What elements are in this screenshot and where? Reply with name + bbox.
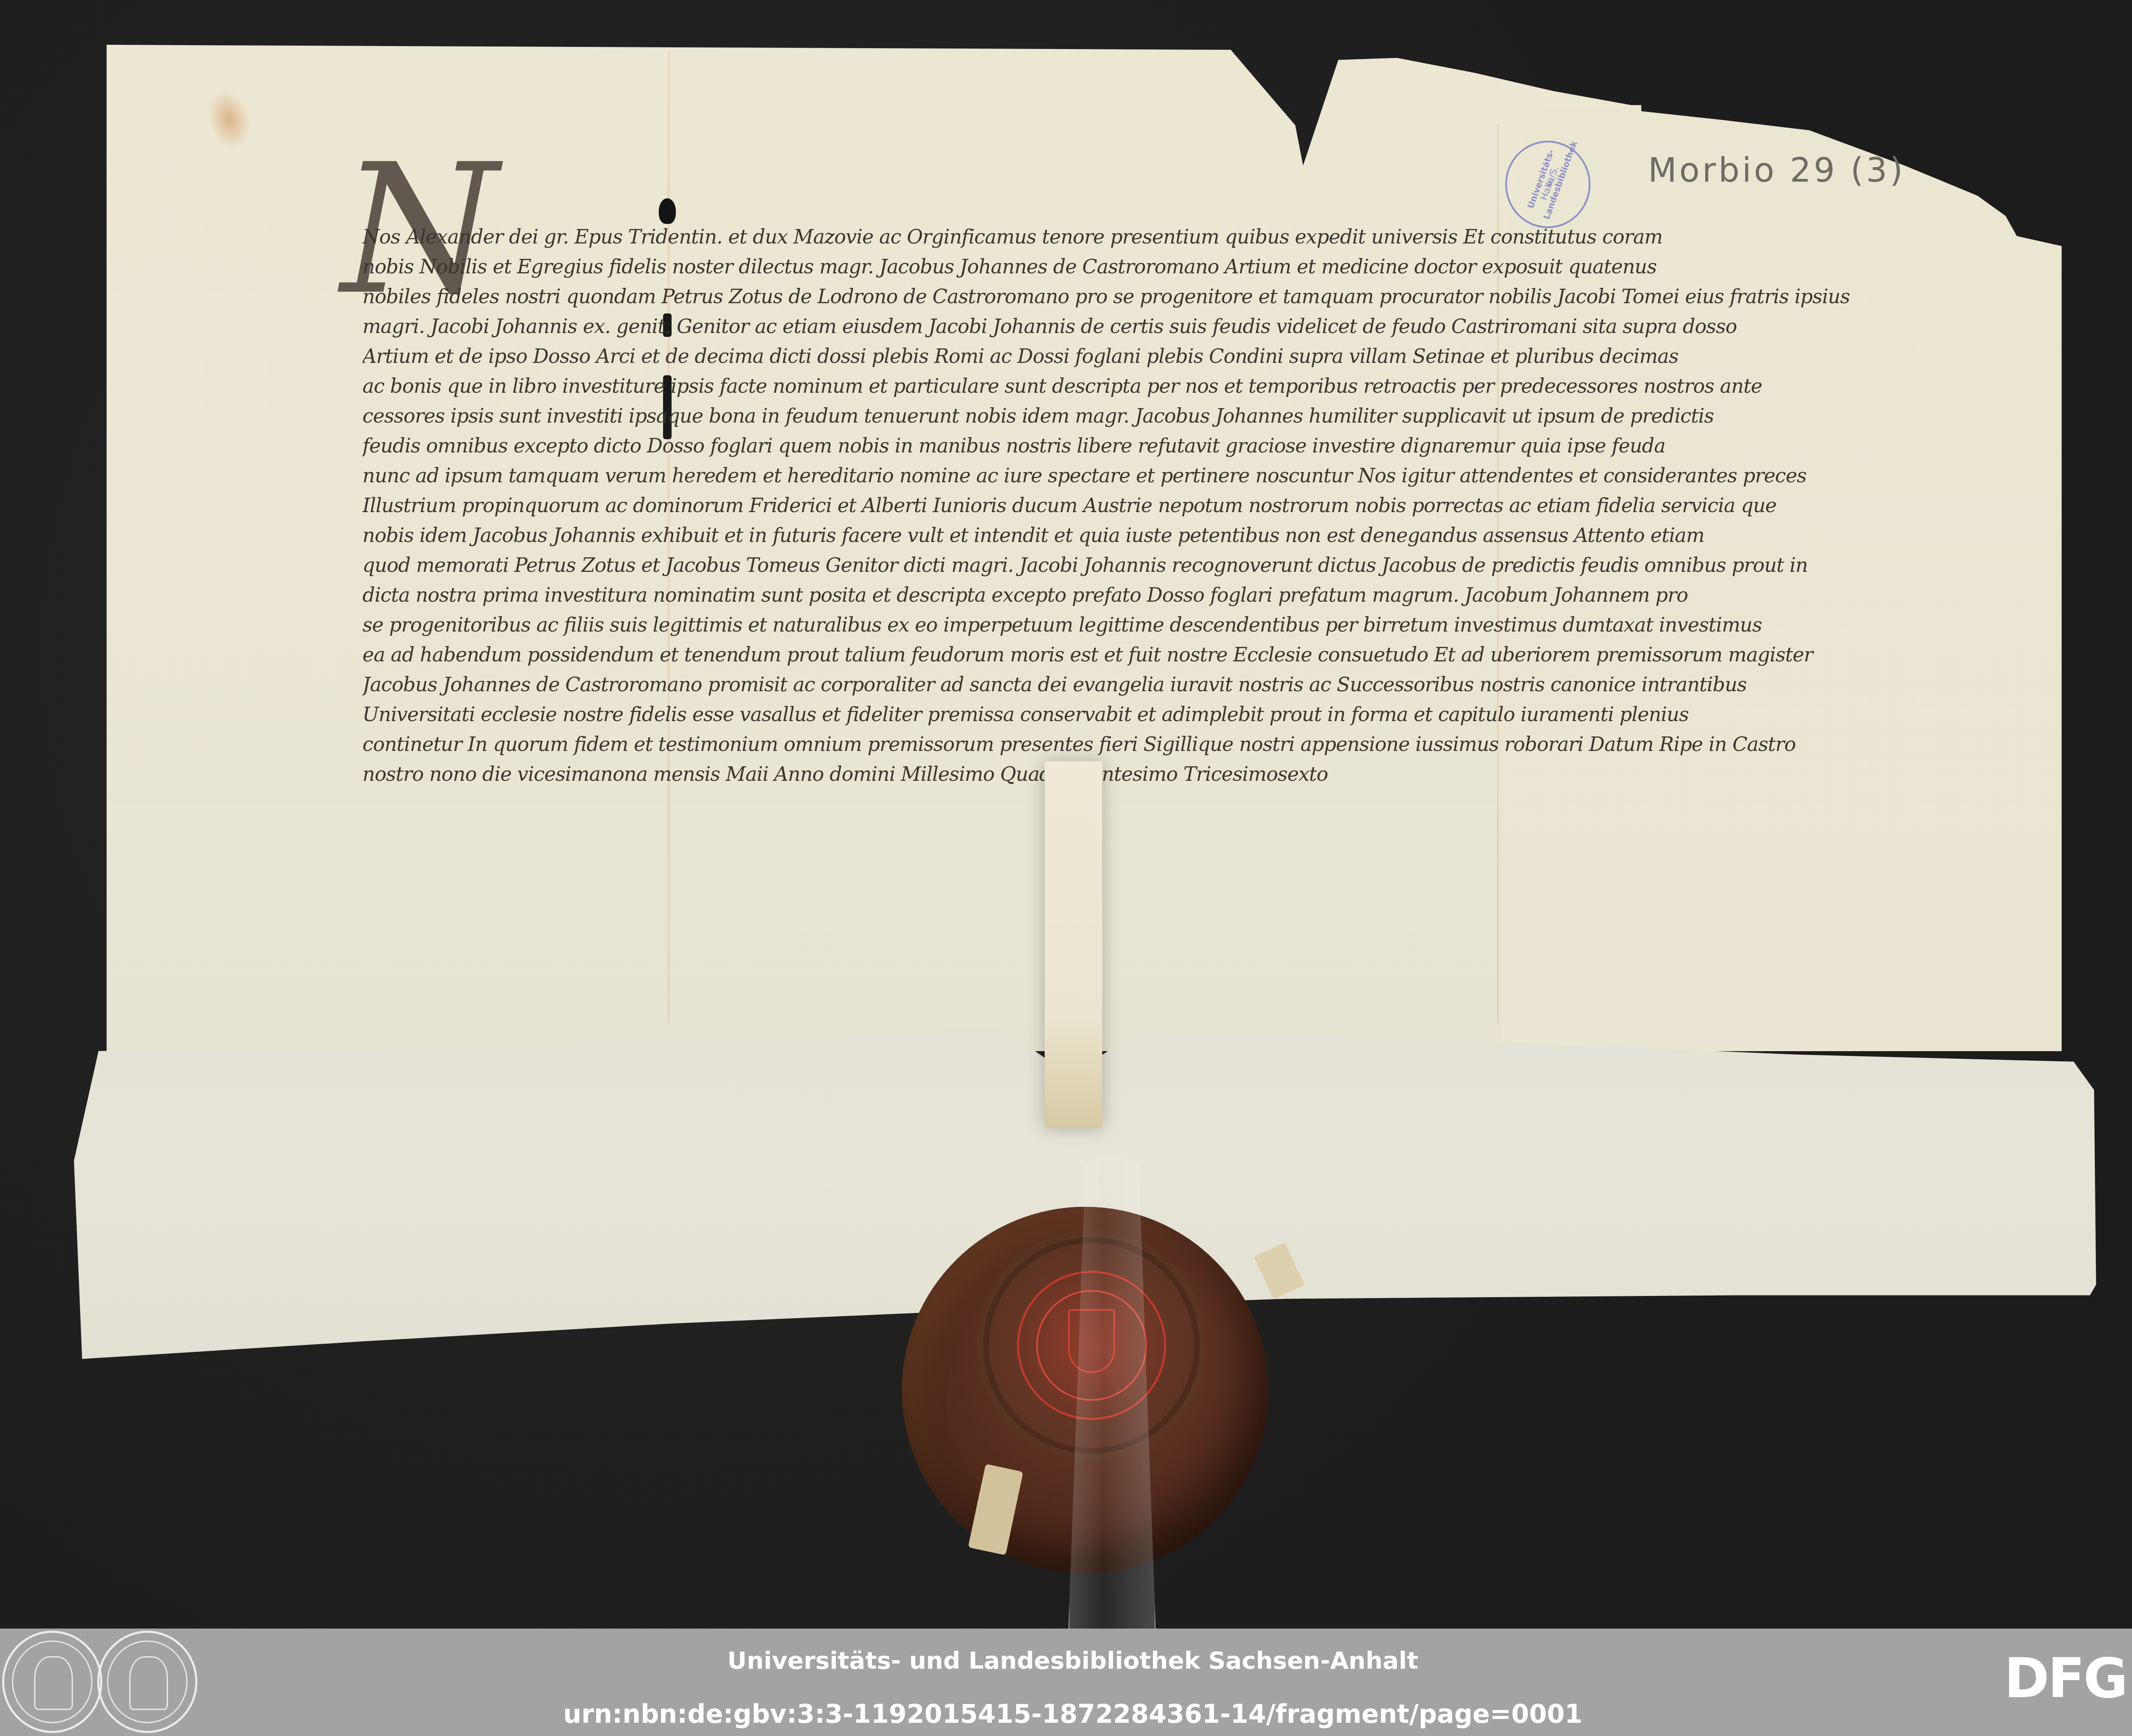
- text-line: Nos Alexander dei gr. Epus Tridentin. et…: [362, 222, 1872, 252]
- dfg-logo: DFG: [2004, 1658, 2126, 1700]
- text-line: Illustrium propinquorum ac dominorum Fri…: [362, 490, 1872, 520]
- text-line: quod memorati Petrus Zotus et Jacobus To…: [362, 550, 1872, 580]
- text-line: nobis Nobilis et Egregius fidelis noster…: [362, 252, 1872, 281]
- parchment-seal-tag: [1045, 761, 1102, 1128]
- text-line: continetur In quorum fidem et testimoniu…: [362, 729, 1872, 759]
- text-line: nostro nono die vicesimanona mensis Maii…: [362, 759, 1599, 789]
- footer-institution-title: Universitäts- und Landesbibliothek Sachs…: [0, 1647, 2132, 1675]
- text-line: dicta nostra prima investitura nominatim…: [362, 580, 1872, 610]
- text-line: nobiles fideles nostri quondam Petrus Zo…: [362, 281, 1872, 311]
- shelfmark-annotation: Morbio 29 (3): [1648, 151, 1905, 190]
- text-line: Universitati ecclesie nostre fidelis ess…: [362, 699, 1872, 729]
- footer-urn[interactable]: urn:nbn:de:gbv:3:3-1192015415-1872284361…: [0, 1699, 2132, 1729]
- charter-text: Nos Alexander dei gr. Epus Tridentin. et…: [362, 222, 1872, 789]
- text-line: Artium et de ipso Dosso Arci et de decim…: [362, 341, 1872, 371]
- text-line: cessores ipsis sunt investiti ipsaque bo…: [362, 401, 1872, 431]
- parchment-hole: [659, 198, 676, 224]
- text-line: ea ad habendum possidendum et tenendum p…: [362, 640, 1872, 669]
- text-line: nunc ad ipsum tamquam verum heredem et h…: [362, 461, 1872, 490]
- text-line: feudis omnibus excepto dicto Dosso fogla…: [362, 431, 1872, 461]
- text-line: se progenitoribus ac filiis suis legitti…: [362, 610, 1872, 640]
- library-stamp: Universitäts- u. Landesbibliothek Halle/…: [1505, 141, 1590, 228]
- text-line: Jacobus Johannes de Castroromano promisi…: [362, 669, 1872, 699]
- text-line: nobis idem Jacobus Johannis exhibuit et …: [362, 520, 1872, 550]
- text-line: magri. Jacobi Johannis ex. genit. Genito…: [362, 311, 1872, 341]
- text-line: ac bonis que in libro investiture ipsis …: [362, 371, 1872, 401]
